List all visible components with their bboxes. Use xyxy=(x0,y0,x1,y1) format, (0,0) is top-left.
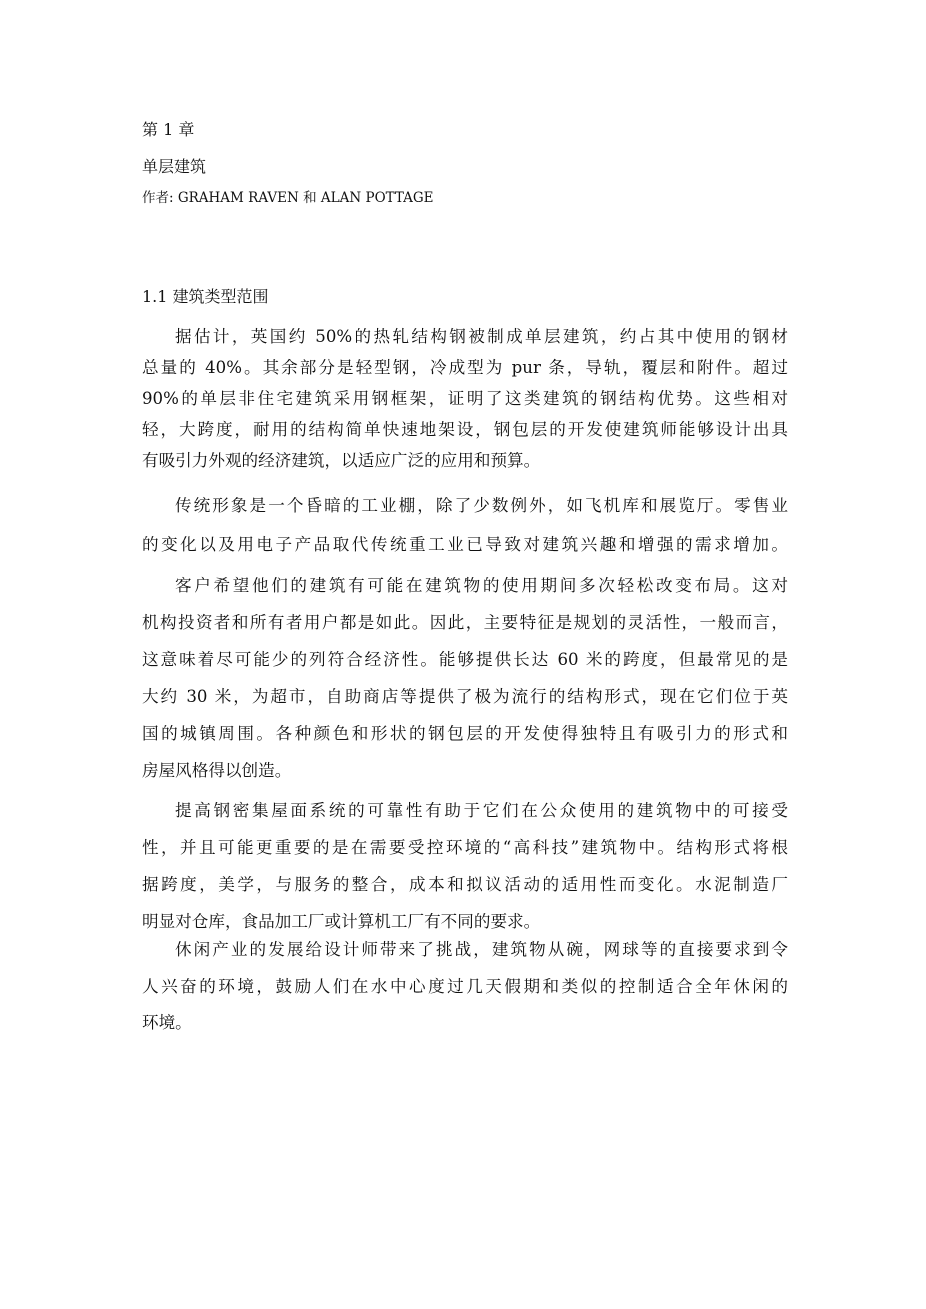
section-heading: 1.1 建筑类型范围 xyxy=(142,287,269,307)
paragraph-line: 国的城镇周围。各种颜色和形状的钢包层的开发使得独特且有吸引力的形式和 xyxy=(142,723,788,745)
paragraph-line: 轻，大跨度，耐用的结构简单快速地架设，钢包层的开发使建筑师能够设计出具 xyxy=(142,419,788,441)
author-line: 作者: GRAHAM RAVEN 和 ALAN POTTAGE xyxy=(142,189,434,207)
paragraph-line: 人兴奋的环境，鼓励人们在水中心度过几天假期和类似的控制适合全年休闲的 xyxy=(142,976,788,998)
document-page: 第 1 章 单层建筑 作者: GRAHAM RAVEN 和 ALAN POTTA… xyxy=(0,0,926,1309)
paragraph-line: 明显对仓库，食品加工厂或计算机工厂有不同的要求。 xyxy=(142,911,788,933)
paragraph-line: 传统形象是一个昏暗的工业棚，除了少数例外，如飞机库和展览厅。零售业 xyxy=(175,495,788,517)
paragraph-line: 有吸引力外观的经济建筑，以适应广泛的应用和预算。 xyxy=(142,450,788,472)
chapter-title: 单层建筑 xyxy=(142,157,206,177)
paragraph-line: 大约 30 米，为超市，自助商店等提供了极为流行的结构形式，现在它们位于英 xyxy=(142,686,788,708)
paragraph-line: 的变化以及用电子产品取代传统重工业已导致对建筑兴趣和增强的需求增加。 xyxy=(142,534,788,556)
paragraph-line: 90%的单层非住宅建筑采用钢框架，证明了这类建筑的钢结构优势。这些相对 xyxy=(142,388,788,410)
paragraph-line: 机构投资者和所有者用户都是如此。因此，主要特征是规划的灵活性，一般而言， xyxy=(142,612,788,634)
chapter-label: 第 1 章 xyxy=(142,120,194,140)
paragraph-line: 客户希望他们的建筑有可能在建筑物的使用期间多次轻松改变布局。这对 xyxy=(175,575,788,597)
paragraph-line: 据跨度，美学，与服务的整合，成本和拟议活动的适用性而变化。水泥制造厂 xyxy=(142,874,788,896)
paragraph-line: 房屋风格得以创造。 xyxy=(142,760,788,782)
paragraph-line: 总量的 40%。其余部分是轻型钢，冷成型为 pur 条，导轨，覆层和附件。超过 xyxy=(142,357,788,379)
paragraph-line: 这意味着尽可能少的列符合经济性。能够提供长达 60 米的跨度，但最常见的是 xyxy=(142,649,788,671)
paragraph-line: 休闲产业的发展给设计师带来了挑战，建筑物从碗，网球等的直接要求到令 xyxy=(175,939,788,961)
paragraph-line: 提高钢密集屋面系统的可靠性有助于它们在公众使用的建筑物中的可接受 xyxy=(175,800,788,822)
paragraph-line: 环境。 xyxy=(142,1012,788,1034)
paragraph-line: 据估计，英国约 50%的热轧结构钢被制成单层建筑，约占其中使用的钢材 xyxy=(175,326,788,348)
paragraph-line: 性，并且可能更重要的是在需要受控环境的“高科技”建筑物中。结构形式将根 xyxy=(142,837,788,859)
